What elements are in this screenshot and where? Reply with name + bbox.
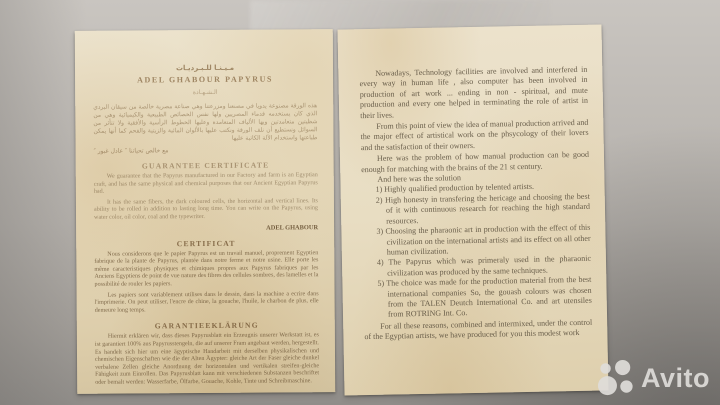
solution-item: 2) High honesty in transfering the heric…	[376, 192, 591, 227]
avito-watermark: Avito	[597, 359, 710, 397]
solution-item: 5) The choice was made for the productio…	[377, 275, 592, 321]
certificate-page-left: مـيـنـا للـبـرديـات ADEL GHABOUR PAPYRUS…	[75, 29, 336, 394]
arabic-paragraph: هذه الورقة مصنوعة يدويا في مصنعنا ومزرعت…	[93, 102, 317, 144]
german-paragraph: Hiermit erklären wir, dass dieses Papyru…	[95, 333, 319, 388]
manual-production-paragraph: From this point of view the idea of manu…	[360, 118, 589, 154]
intro-paragraph: Nowadays, Technology facilities are invo…	[359, 65, 588, 121]
certificat-heading: CERTIFICAT	[94, 238, 318, 249]
french-paragraph: Nous considerons que le papier Papyrus e…	[94, 250, 318, 290]
arabic-subtitle: الـشـهـادة	[93, 88, 317, 97]
english-paragraph: We guarantee that the Papyrus manufactur…	[94, 172, 318, 196]
solution-list: 1) Highly qualified production by telent…	[376, 181, 593, 320]
avito-logo-icon	[597, 359, 635, 397]
garantie-heading: GARANTIEEKLÄRUNG	[95, 321, 319, 332]
closing-paragraph: For all these reasons, combined and inte…	[364, 317, 592, 342]
solution-item: 3) Choosing the pharaonic art in product…	[376, 223, 591, 258]
page-title: ADEL GHABOUR PAPYRUS	[93, 74, 317, 85]
avito-label: Avito	[641, 363, 710, 394]
guarantee-certificate-heading: GUARANTEE CERTIFICATE	[94, 160, 318, 171]
photo-background: مـيـنـا للـبـرديـات ADEL GHABOUR PAPYRUS…	[0, 0, 720, 405]
certificate-page-right: Nowadays, Technology facilities are invo…	[338, 24, 609, 395]
arabic-signoff: مع خالص تحياتنا ″ عادل غبور ″	[94, 146, 318, 155]
french-paragraph: Les papiers sont variablement utilises d…	[95, 291, 319, 315]
signature: ADEL GHABOUR	[94, 224, 318, 233]
english-paragraph: It has the same fibers, the dark coloure…	[94, 198, 318, 222]
arabic-company-title: مـيـنـا للـبـرديـات	[93, 63, 317, 73]
